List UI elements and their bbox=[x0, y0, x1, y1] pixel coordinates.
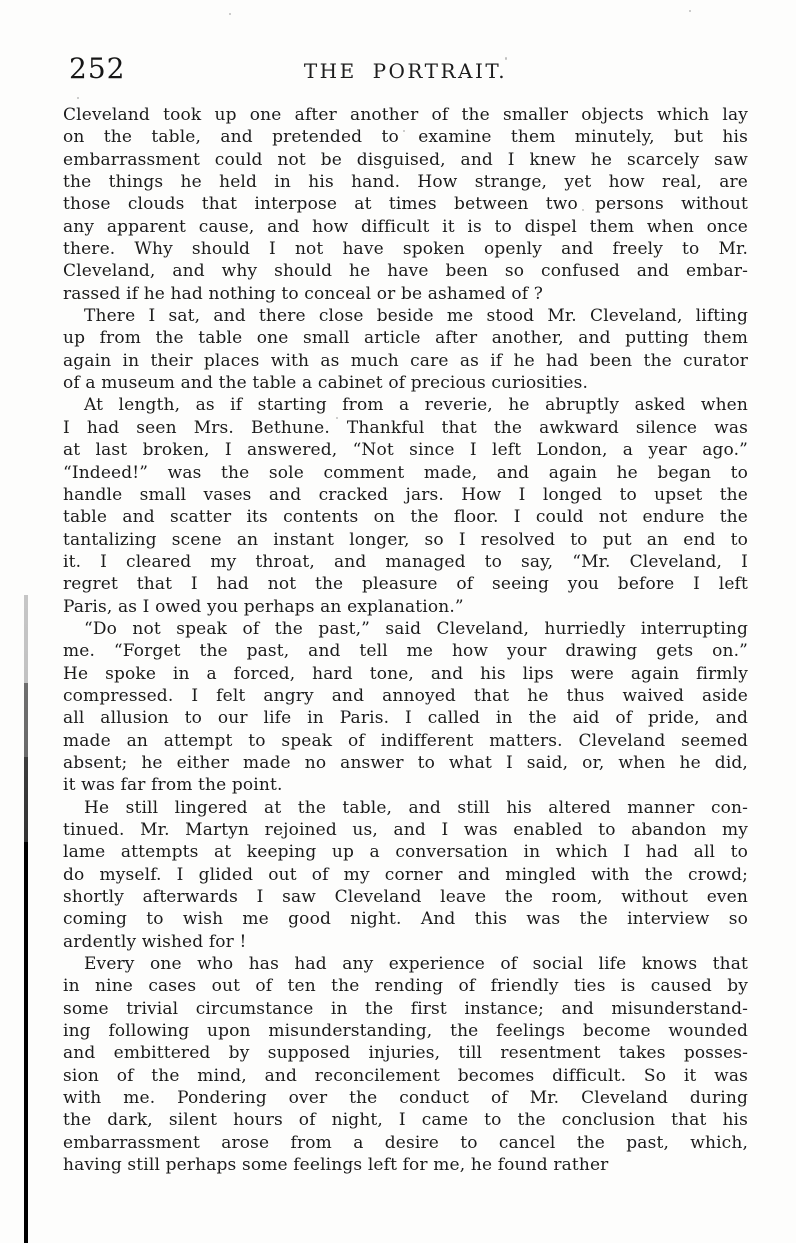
text-line: Cleveland took up one after another of t… bbox=[63, 104, 748, 126]
text-line: sion of the mind, and reconcilement beco… bbox=[63, 1065, 748, 1087]
text-block: Cleveland took up one after another of t… bbox=[63, 104, 748, 1177]
text-line: embarrassment could not be disguised, an… bbox=[63, 149, 748, 171]
text-line: do myself. I glided out of my corner and… bbox=[63, 864, 748, 886]
running-title: THE PORTRAIT. bbox=[63, 59, 748, 83]
book-spine-gutter-bar bbox=[24, 595, 28, 1243]
text-line: some trivial circumstance in the first i… bbox=[63, 998, 748, 1020]
text-line: Cleveland, and why should he have been s… bbox=[63, 260, 748, 282]
paragraph: “Do not speak of the past,” said Clevela… bbox=[63, 618, 748, 797]
text-line: made an attempt to speak of indifferent … bbox=[63, 730, 748, 752]
paragraph: Cleveland took up one after another of t… bbox=[63, 104, 748, 305]
text-line: on the table, and pretended to examine t… bbox=[63, 126, 748, 148]
text-line: He still lingered at the table, and stil… bbox=[63, 797, 748, 819]
paragraph: Every one who has had any experience of … bbox=[63, 953, 748, 1176]
book-page-scan: 252 THE PORTRAIT. Cleveland took up one … bbox=[0, 0, 796, 1243]
text-line: “Do not speak of the past,” said Clevela… bbox=[63, 618, 748, 640]
page-header: 252 THE PORTRAIT. bbox=[63, 52, 748, 88]
text-line: again in their places with as much care … bbox=[63, 350, 748, 372]
text-line: up from the table one small article afte… bbox=[63, 327, 748, 349]
scan-speck bbox=[229, 13, 231, 15]
text-line: embarrassment arose from a desire to can… bbox=[63, 1132, 748, 1154]
text-line: me. “Forget the past, and tell me how yo… bbox=[63, 640, 748, 662]
text-line: I had seen Mrs. Bethune. Thankful that t… bbox=[63, 417, 748, 439]
text-line: He spoke in a forced, hard tone, and his… bbox=[63, 663, 748, 685]
text-line: lame attempts at keeping up a conversati… bbox=[63, 841, 748, 863]
text-line: shortly afterwards I saw Cleveland leave… bbox=[63, 886, 748, 908]
text-line: it. I cleared my throat, and managed to … bbox=[63, 551, 748, 573]
text-line: ing following upon misunderstanding, the… bbox=[63, 1020, 748, 1042]
text-line: and embittered by supposed injuries, til… bbox=[63, 1042, 748, 1064]
text-line: handle small vases and cracked jars. How… bbox=[63, 484, 748, 506]
text-line: Every one who has had any experience of … bbox=[63, 953, 748, 975]
text-line: compressed. I felt angry and annoyed tha… bbox=[63, 685, 748, 707]
text-line: absent; he either made no answer to what… bbox=[63, 752, 748, 774]
scan-speck bbox=[689, 10, 691, 12]
text-line: any apparent cause, and how difficult it… bbox=[63, 216, 748, 238]
text-line: rassed if he had nothing to conceal or b… bbox=[63, 283, 748, 305]
scan-speck bbox=[77, 97, 79, 99]
text-line: the dark, silent hours of night, I came … bbox=[63, 1109, 748, 1131]
text-line: tinued. Mr. Martyn rejoined us, and I wa… bbox=[63, 819, 748, 841]
text-line: At length, as if starting from a reverie… bbox=[63, 394, 748, 416]
text-line: ardently wished for ! bbox=[63, 931, 748, 953]
text-line: the things he held in his hand. How stra… bbox=[63, 171, 748, 193]
text-line: of a museum and the table a cabinet of p… bbox=[63, 372, 748, 394]
text-line: with me. Pondering over the conduct of M… bbox=[63, 1087, 748, 1109]
text-line: regret that I had not the pleasure of se… bbox=[63, 573, 748, 595]
text-line: at last broken, I answered, “Not since I… bbox=[63, 439, 748, 461]
text-line: having still perhaps some feelings left … bbox=[63, 1154, 748, 1176]
text-line: There I sat, and there close beside me s… bbox=[63, 305, 748, 327]
text-line: there. Why should I not have spoken open… bbox=[63, 238, 748, 260]
text-line: coming to wish me good night. And this w… bbox=[63, 908, 748, 930]
text-line: it was far from the point. bbox=[63, 774, 748, 796]
text-line: those clouds that interpose at times bet… bbox=[63, 193, 748, 215]
text-line: in nine cases out of ten the rending of … bbox=[63, 975, 748, 997]
text-line: table and scatter its contents on the fl… bbox=[63, 506, 748, 528]
paragraph: There I sat, and there close beside me s… bbox=[63, 305, 748, 394]
text-line: tantalizing scene an instant longer, so … bbox=[63, 529, 748, 551]
text-line: “Indeed!” was the sole comment made, and… bbox=[63, 462, 748, 484]
paragraph: He still lingered at the table, and stil… bbox=[63, 797, 748, 953]
paragraph: At length, as if starting from a reverie… bbox=[63, 394, 748, 617]
text-line: all allusion to our life in Paris. I cal… bbox=[63, 707, 748, 729]
text-line: Paris, as I owed you perhaps an explanat… bbox=[63, 596, 748, 618]
